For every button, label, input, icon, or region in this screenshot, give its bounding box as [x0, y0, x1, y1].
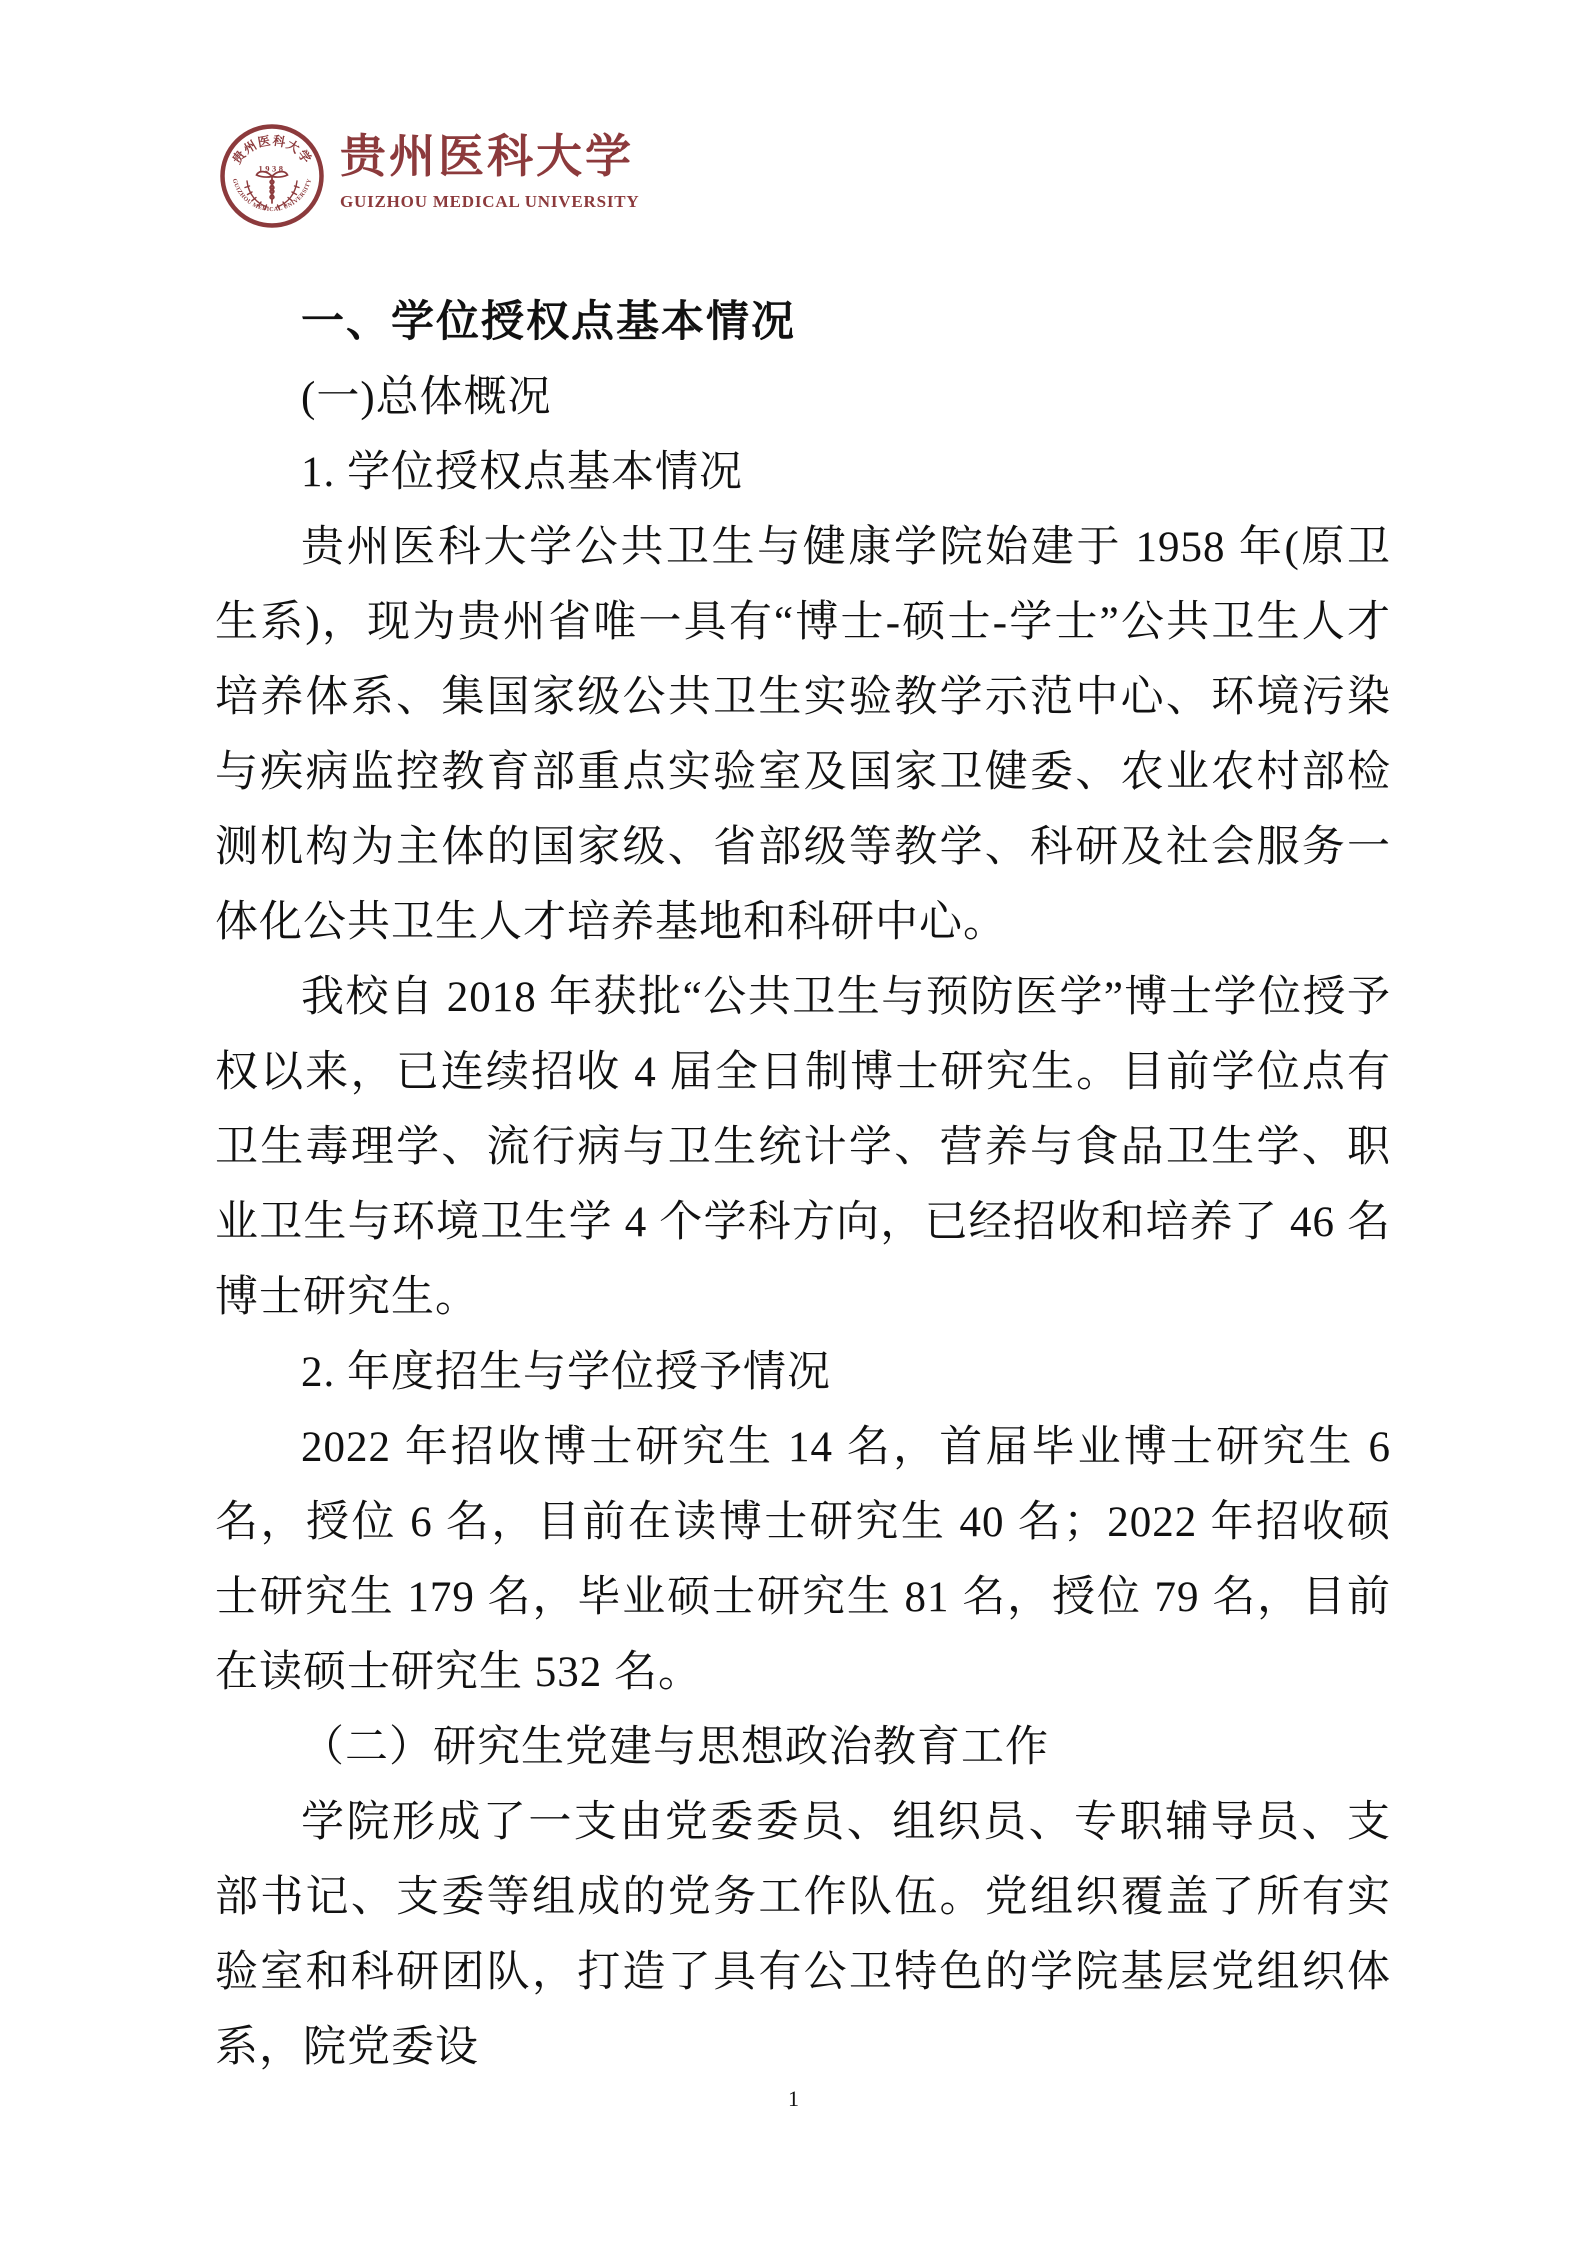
document-body: 一、学位授权点基本情况 (一)总体概况 1. 学位授权点基本情况 贵州医科大学公…	[215, 285, 1391, 2085]
university-name-chinese: 贵州医科大学	[340, 128, 639, 186]
paragraph-party-building: 学院形成了一支由党委委员、组织员、专职辅导员、支部书记、支委等组成的党务工作队伍…	[215, 1785, 1391, 2085]
heading-item-annual-enrollment: 2. 年度招生与学位授予情况	[215, 1335, 1391, 1410]
paragraph-college-introduction: 贵州医科大学公共卫生与健康学院始建于 1958 年(原卫生系)，现为贵州省唯一具…	[215, 510, 1391, 960]
caduceus-icon	[257, 172, 288, 203]
heading-item-basic-situation: 1. 学位授权点基本情况	[215, 435, 1391, 510]
university-logo: 贵州医科大学 1938 GUIZHOU MEDICAL UNIVERS	[220, 124, 639, 228]
heading-subsection-overview: (一)总体概况	[215, 360, 1391, 435]
university-seal-icon: 贵州医科大学 1938 GUIZHOU MEDICAL UNIVERS	[220, 124, 324, 228]
document-page: 贵州医科大学 1938 GUIZHOU MEDICAL UNIVERS	[0, 0, 1587, 2245]
heading-subsection-party-building: （二）研究生党建与思想政治教育工作	[215, 1710, 1391, 1785]
paragraph-enrollment-statistics: 2022 年招收博士研究生 14 名，首届毕业博士研究生 6 名，授位 6 名，…	[215, 1410, 1391, 1710]
university-wordmark: 贵州医科大学 GUIZHOU MEDICAL UNIVERSITY	[340, 124, 639, 212]
heading-section-degree-points: 一、学位授权点基本情况	[215, 285, 1391, 360]
paragraph-doctoral-program: 我校自 2018 年获批“公共卫生与预防医学”博士学位授予权以来，已连续招收 4…	[215, 960, 1391, 1335]
page-number: 1	[0, 2086, 1587, 2112]
university-name-english: GUIZHOU MEDICAL UNIVERSITY	[340, 192, 639, 212]
